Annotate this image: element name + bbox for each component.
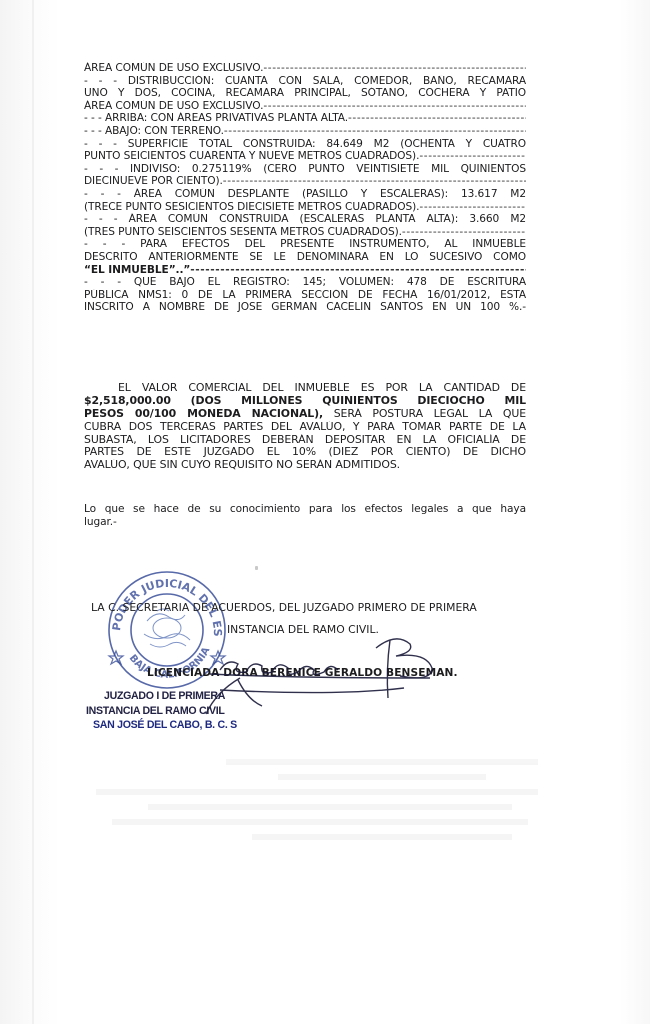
- valuation-line-rest: SERÁ POSTURA LEGAL LA QUE: [323, 408, 526, 420]
- property-description-line: - - - INDIVISO: 0.275119% (CERO PUNTO VE…: [84, 163, 526, 176]
- property-description-line: DESCRITO ANTERIORMENTE SE LE DENOMINARA …: [84, 251, 526, 264]
- property-description-line: DIECINUEVE POR CIENTO).: [84, 175, 526, 188]
- valuation-currency-text: PESOS 00/100 MONEDA NACIONAL),: [84, 408, 323, 420]
- property-description-line: - - - ABAJO: CON TERRENO.: [84, 125, 526, 138]
- valuation-paragraph: EL VALOR COMERCIAL DEL INMUEBLE ES POR L…: [84, 382, 526, 472]
- handwritten-signature-icon: [180, 630, 480, 725]
- property-description-line: - - - DISTRIBUCCIÓN: CUANTA CON SALA, CO…: [84, 75, 526, 88]
- property-description-line: PÚBLICA NMS1: 0 DE LA PRIMERA SECCIÓN DE…: [84, 289, 526, 302]
- signature-title-line1: LA C. SECRETARIA DE ACUERDOS, DEL JUZGAD…: [91, 601, 477, 614]
- valuation-line: SUBASTA, LOS LICITADORES DEBERÁN DEPOSIT…: [84, 434, 526, 447]
- valuation-line: PESOS 00/100 MONEDA NACIONAL), SERÁ POST…: [84, 408, 526, 421]
- property-description-line: PUNTO SEICIENTOS CUARENTA Y NUEVE METROS…: [84, 150, 526, 163]
- closing-line: lugar.-: [84, 516, 526, 529]
- property-description-line: - - - ÁREA COMÚN DESPLANTE (PASILLO Y ES…: [84, 188, 526, 201]
- closing-paragraph: Lo que se hace de su conocimiento para l…: [84, 503, 526, 528]
- property-description-line: (TRES PUNTO SEISCIENTOS SESENTA METROS C…: [84, 226, 526, 239]
- property-description: ÁREA COMÚN DE USO EXCLUSIVO.- - - DISTRI…: [84, 62, 526, 314]
- valuation-amount-line: $2,518,000.00 (DOS MILLONES QUINIENTOS D…: [84, 395, 526, 408]
- property-description-line: UNO Y DOS, COCINA, RECAMARA PRINCIPAL, S…: [84, 87, 526, 100]
- property-description-line: ÁREA COMÚN DE USO EXCLUSIVO.: [84, 62, 526, 75]
- property-description-line: (TRECE PUNTO SESICIENTOS DIECISIETE METR…: [84, 201, 526, 214]
- bleed-through-shadow: [70, 750, 590, 950]
- court-stamp-line2: INSTANCIA DEL RAMO CIVIL: [86, 705, 225, 717]
- property-description-line: INSCRITO A NOMBRE DE JOSE GERMAN CACELIN…: [84, 301, 526, 314]
- property-description-line: ÁREA COMÚN DE USO EXCLUSIVO.: [84, 100, 526, 113]
- property-description-line: - - - QUE BAJO EL REGISTRO: 145; VOLUMEN…: [84, 276, 526, 289]
- court-stamp-line3: SAN JOSÉ DEL CABO, B. C. S: [93, 719, 237, 731]
- property-description-line: “EL INMUEBLE”..”: [84, 264, 526, 277]
- document-page: ÁREA COMÚN DE USO EXCLUSIVO.- - - DISTRI…: [0, 0, 650, 1024]
- valuation-line: AVALÚO, QUE SIN CUYO REQUISITO NO SERÁN …: [84, 459, 526, 472]
- property-description-line: - - - PARA EFECTOS DEL PRESENTE INSTRUME…: [84, 238, 526, 251]
- valuation-line: CUBRA DOS TERCERAS PARTES DEL AVALÚO, Y …: [84, 421, 526, 434]
- scan-speck: [255, 566, 258, 570]
- property-description-line: - - - ARRIBA: CON ÁREAS PRIVATIVAS PLANT…: [84, 112, 526, 125]
- property-description-line: - - - SUPERFICIE TOTAL CONSTRUIDA: 84.64…: [84, 138, 526, 151]
- closing-line: Lo que se hace de su conocimiento para l…: [84, 503, 526, 516]
- court-stamp-line1: JUZGADO I DE PRIMERA: [104, 690, 225, 702]
- valuation-line: EL VALOR COMERCIAL DEL INMUEBLE ES POR L…: [84, 382, 526, 395]
- page-edge-shadow: [32, 0, 34, 1024]
- valuation-line: PARTES DE ESTE JUZGADO EL 10% (DIEZ POR …: [84, 446, 526, 459]
- property-description-line: - - - ÁREA COMÚN CONSTRUIDA (ESCALERAS P…: [84, 213, 526, 226]
